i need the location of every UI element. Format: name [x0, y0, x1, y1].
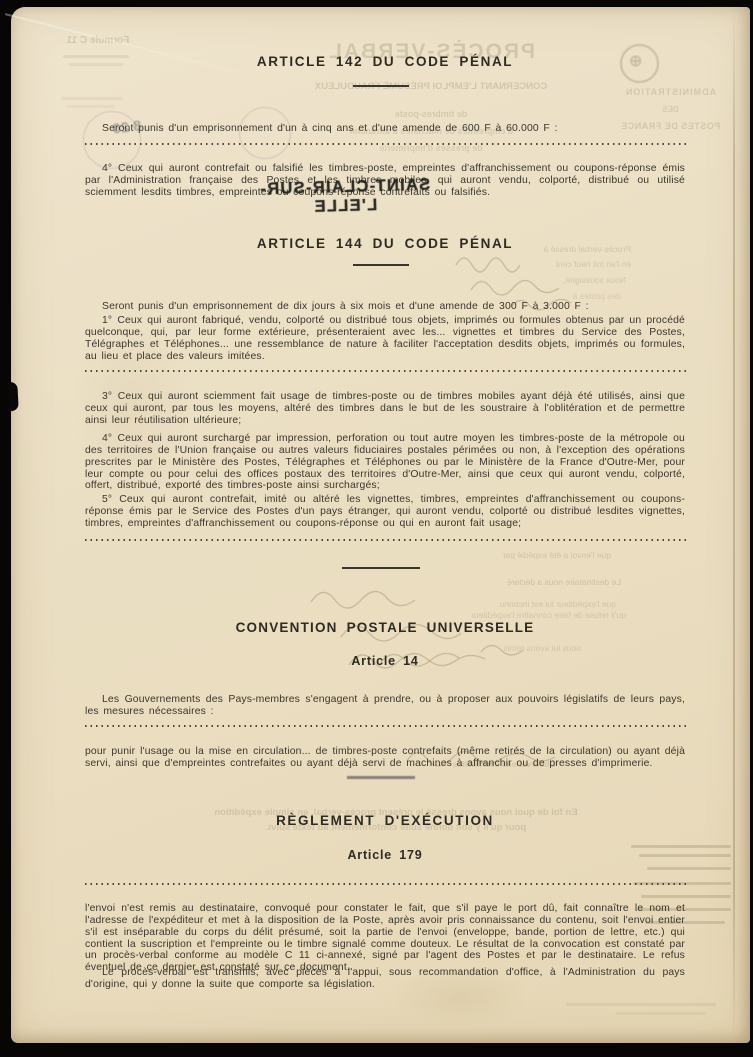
section-rule [342, 567, 420, 569]
article144-item5: 5° Ceux qui auront contrefait, imité ou … [85, 494, 685, 529]
article144-item3: 3° Ceux qui auront sciemment fait usage … [85, 391, 685, 426]
dotted-separator [85, 883, 686, 885]
bleed-des: DES [603, 105, 738, 114]
convention-after: pour punir l'usage ou la mise en circula… [85, 746, 685, 769]
article144-intro: Seront punis d'un emprisonnement de dix … [85, 301, 685, 313]
convention-intro: Les Gouvernements des Pays-membres s'eng… [85, 694, 685, 717]
paper-edge-fold [733, 7, 735, 1043]
article144-item4: 4° Ceux qui auront surchargé par impress… [85, 433, 685, 492]
dotted-separator [85, 370, 686, 372]
heading-article-142: ARTICLE 142 DU CODE PÉNAL [85, 54, 685, 69]
bleed-line-timbres: de timbres-poste [341, 109, 521, 119]
heading-rule [353, 85, 409, 87]
dotted-separator [85, 539, 686, 541]
bleed-administration: ADMINISTRATION [603, 87, 738, 97]
article142-intro: Seront punis d'un emprisonnement d'un à … [85, 123, 685, 135]
bleed-printref-line [566, 1003, 716, 1006]
heading-convention-article-14: Article 14 [85, 654, 685, 668]
bleed-smudge [61, 97, 123, 100]
bleed-footnote-line [647, 867, 731, 870]
paper-sheet: Formule C 11 PROCÈS-VERBAL CONCERNANT L'… [11, 7, 750, 1043]
paper-edge-notch [8, 382, 19, 411]
reglement-para1: l'envoi n'est remis au destinataire, con… [85, 903, 685, 973]
heading-rule [353, 264, 409, 266]
bleed-smudge [67, 105, 115, 108]
bleed-printref-line [616, 1012, 706, 1015]
bleed-formule-label: Formule C 11 [53, 35, 143, 46]
heading-article-144: ARTICLE 144 DU CODE PÉNAL [85, 236, 685, 251]
dotted-separator [85, 143, 686, 145]
reglement-para2: Le procès-verbal est transmis, avec pièc… [85, 967, 685, 990]
scanned-document: Formule C 11 PROCÈS-VERBAL CONCERNANT L'… [0, 0, 753, 1057]
heading-convention: CONVENTION POSTALE UNIVERSELLE [85, 620, 685, 635]
bleed-expedie: que l'envoi a été expédié par [431, 550, 611, 560]
dotted-separator [85, 725, 686, 727]
heading-reglement: RÈGLEMENT D'EXÉCUTION [85, 813, 685, 828]
section-rule-smudged [347, 776, 415, 779]
bleed-concernant-line: CONCERNANT L'EMPLOI PRÉSUMÉ FRAUDULEUX [271, 81, 591, 92]
heading-reglement-article-179: Article 179 [85, 848, 685, 862]
saint-clair-stamp: SAINT-CLAIR-SUR-L'ELLE [237, 175, 454, 219]
article144-item1: 1° Ceux qui auront fabriqué, vendu, colp… [85, 315, 685, 362]
paper-crease [5, 13, 277, 83]
bleed-footnote-line [641, 895, 731, 898]
